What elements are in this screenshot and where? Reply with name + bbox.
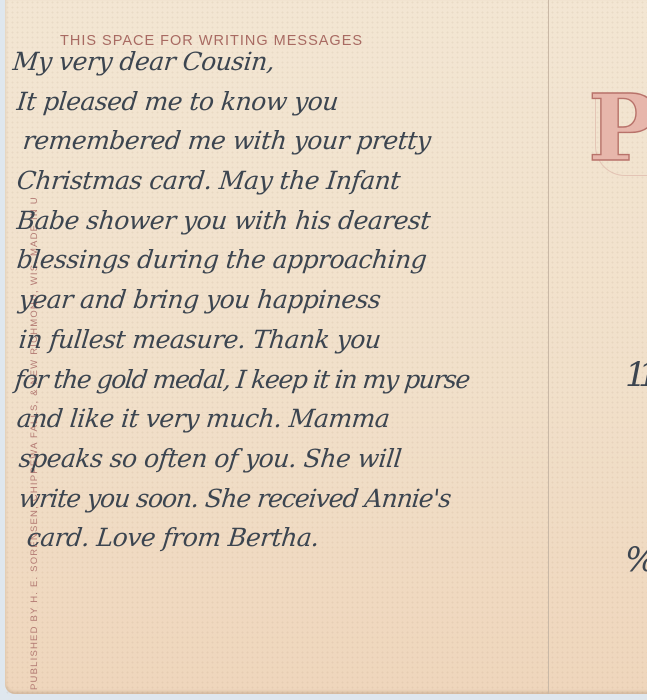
message-line: year and bring you happiness (11, 280, 635, 320)
postcard-back: THIS SPACE FOR WRITING MESSAGES PUBLISHE… (5, 0, 647, 694)
margin-note: % (625, 540, 647, 580)
message-line: remembered me with your pretty (11, 121, 635, 161)
message-line: speaks so often of you. She will (11, 439, 635, 479)
message-line: card. Love from Bertha. (11, 518, 635, 558)
message-line: Babe shower you with his dearest (11, 201, 635, 241)
message-line: It pleased me to know you (11, 82, 635, 122)
message-line: in fullest measure. Thank you (11, 320, 635, 360)
message-line: write you soon. She received Annie's (11, 479, 635, 519)
message-line: and like it very much. Mamma (11, 399, 635, 439)
message-line: Christmas card. May the Infant (11, 161, 635, 201)
message-line: My very dear Cousin, (11, 42, 635, 82)
handwritten-message: My very dear Cousin, It pleased me to kn… (13, 42, 633, 558)
message-line: blessings during the approaching (11, 240, 635, 280)
message-line: for the gold medal, I keep it in my purs… (11, 360, 635, 400)
margin-note: 1 (638, 355, 647, 395)
